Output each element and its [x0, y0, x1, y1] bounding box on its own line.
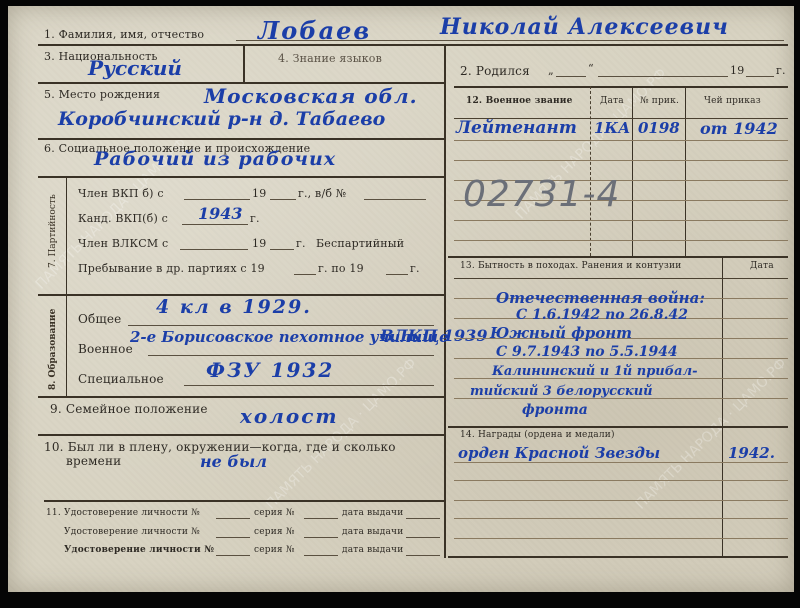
award-name: орден Красной Звезды	[458, 444, 660, 462]
f12-header-date: Дата	[600, 96, 624, 106]
blank-line	[270, 198, 296, 200]
order-by-value: от 1942	[700, 119, 778, 138]
education-military-label: Военное	[78, 342, 133, 356]
id-row-label: Удостоверение личности №	[64, 508, 200, 518]
id-row-prefix: 11.	[46, 508, 61, 518]
personnel-record-card: ПАМЯТЬ НАРОДА · ЦАМО.РФ ПАМЯТЬ НАРОДА · …	[8, 6, 794, 592]
birthplace-line2: Коробчинский р-н д. Табаево	[58, 108, 385, 130]
campaign-line: С 9.7.1943 по 5.5.1944	[496, 344, 678, 360]
field-13-header: 13. Бытность в походах. Ранения и контуз…	[460, 261, 681, 271]
blank-line	[304, 536, 338, 538]
table-rule	[454, 462, 788, 463]
id-row-date: дата выдачи	[342, 527, 403, 537]
id-row-series: серия №	[254, 508, 295, 518]
field-5-label: 5. Место рождения	[44, 88, 160, 101]
award-date: 1942.	[728, 444, 775, 462]
blank-line	[216, 517, 250, 519]
campaign-line: фронта	[522, 402, 588, 418]
party-member-card-label: г., в/б №	[298, 187, 346, 200]
education-military-extra: ВЛКП 1939	[380, 326, 487, 345]
party-candidate-year: 1943	[198, 204, 243, 223]
education-general-label: Общее	[78, 312, 121, 326]
vlksm-year-suffix: г.	[296, 237, 306, 250]
blank-line	[216, 554, 250, 556]
campaign-line: Калининский и 1й прибал-	[492, 364, 697, 379]
table-rule	[454, 240, 788, 241]
divider	[448, 256, 788, 258]
divider	[38, 396, 444, 398]
field-1-label: 1. Фамилия, имя, отчество	[44, 28, 204, 41]
blank-line	[364, 198, 426, 200]
blank-line	[148, 354, 434, 356]
vlksm-year-prefix: 19	[252, 237, 266, 250]
id-row-series: серия №	[254, 527, 295, 537]
party-candidate-suffix: г.	[250, 212, 260, 225]
nonparty-label: Беспартийный	[316, 237, 404, 250]
divider	[38, 138, 444, 140]
section-party-label: 7. Партийность	[48, 194, 58, 268]
f12-header-rank: 12. Военное звание	[466, 96, 573, 106]
table-rule	[454, 140, 788, 141]
pencil-archive-note: 02731-4	[463, 174, 620, 215]
blank-line	[406, 517, 440, 519]
social-status-value: Рабочий из рабочих	[94, 148, 336, 170]
party-candidate-label: Канд. ВКП(б) с	[78, 212, 168, 225]
id-row-date: дата выдачи	[342, 545, 403, 555]
captivity-value: не был	[200, 452, 267, 471]
party-member-label: Член ВКП б) с	[78, 187, 164, 200]
field-9-label: 9. Семейное положение	[50, 402, 208, 416]
nationality-value: Русский	[88, 56, 182, 80]
table-rule	[454, 500, 788, 501]
divider	[454, 278, 788, 279]
party-member-year-prefix: 19	[252, 187, 266, 200]
birth-day-line	[556, 75, 586, 77]
table-rule	[454, 160, 788, 161]
divider	[243, 46, 245, 82]
blank-line	[406, 536, 440, 538]
birth-quote-close: “	[588, 62, 594, 75]
campaign-line: С 1.6.1942 по 26.8.42	[516, 307, 688, 323]
campaign-line: Южный фронт	[490, 324, 632, 342]
blank-line	[304, 554, 338, 556]
blank-line	[270, 248, 294, 250]
blank-line	[216, 536, 250, 538]
blank-line	[182, 223, 248, 225]
rank-date-value: 1КА	[594, 119, 630, 137]
campaign-line: Отечественная война:	[496, 289, 705, 307]
education-special-label: Специальное	[78, 372, 164, 386]
divider	[632, 86, 633, 256]
blank-line	[386, 273, 408, 275]
blank-line	[184, 384, 434, 386]
campaign-line: тийский 3 белорусский	[470, 384, 653, 399]
blank-line	[294, 273, 316, 275]
field-4-label: 4. Знание языков	[278, 52, 382, 65]
id-row-date: дата выдачи	[342, 508, 403, 518]
birth-year-line	[746, 75, 774, 77]
field-13-date-header: Дата	[750, 261, 774, 271]
divider	[454, 86, 788, 88]
divider	[448, 556, 788, 558]
education-general-value: 4 кл в 1929.	[156, 296, 312, 318]
rank-value: Лейтенант	[456, 118, 577, 138]
divider	[66, 176, 67, 294]
divider	[448, 426, 788, 428]
table-rule	[454, 538, 788, 539]
field-2-label: 2. Родился	[460, 64, 530, 78]
divider	[685, 86, 686, 256]
birth-year-suffix: г.	[776, 64, 786, 77]
section-education-label: 8. Образование	[48, 309, 58, 390]
f12-header-by-whom: Чей приказ	[704, 96, 761, 106]
birth-month-line	[598, 75, 728, 77]
birthplace-line1: Московская обл.	[204, 84, 418, 108]
id-row-label: Удостоверение личности №	[64, 527, 200, 537]
other-parties-suffix: г.	[410, 262, 420, 275]
divider	[38, 44, 788, 46]
other-parties-label: Пребывание в др. партиях с 19	[78, 262, 265, 275]
table-rule	[454, 480, 788, 481]
birth-year-prefix: 19	[730, 64, 744, 77]
f12-header-order-no: № прик.	[640, 96, 679, 106]
id-row-series: серия №	[254, 545, 295, 555]
blank-line	[184, 198, 250, 200]
field-14-header: 14. Награды (ордена и медали)	[460, 430, 615, 440]
divider	[444, 46, 446, 558]
other-parties-mid: г. по 19	[318, 262, 364, 275]
name-patronymic-value: Николай Алексеевич	[440, 14, 729, 40]
divider	[44, 500, 444, 502]
marital-status-value: холост	[240, 404, 339, 428]
blank-line	[406, 554, 440, 556]
order-number-value: 0198	[638, 119, 680, 137]
divider	[722, 256, 723, 558]
id-row-label: Удостоверение личности №	[64, 545, 214, 555]
divider	[66, 294, 67, 398]
divider	[38, 176, 444, 178]
blank-line	[180, 248, 248, 250]
education-special-value: ФЗУ 1932	[206, 358, 334, 382]
blank-line	[304, 517, 338, 519]
divider	[590, 86, 591, 256]
table-rule	[454, 518, 788, 519]
table-rule	[454, 220, 788, 221]
divider	[38, 434, 444, 436]
vlksm-label: Член ВЛКСМ с	[78, 237, 168, 250]
surname-value: Лобаев	[258, 16, 371, 45]
birth-quote-open: „	[548, 64, 554, 77]
field-10-label-line2: времени	[66, 454, 121, 468]
